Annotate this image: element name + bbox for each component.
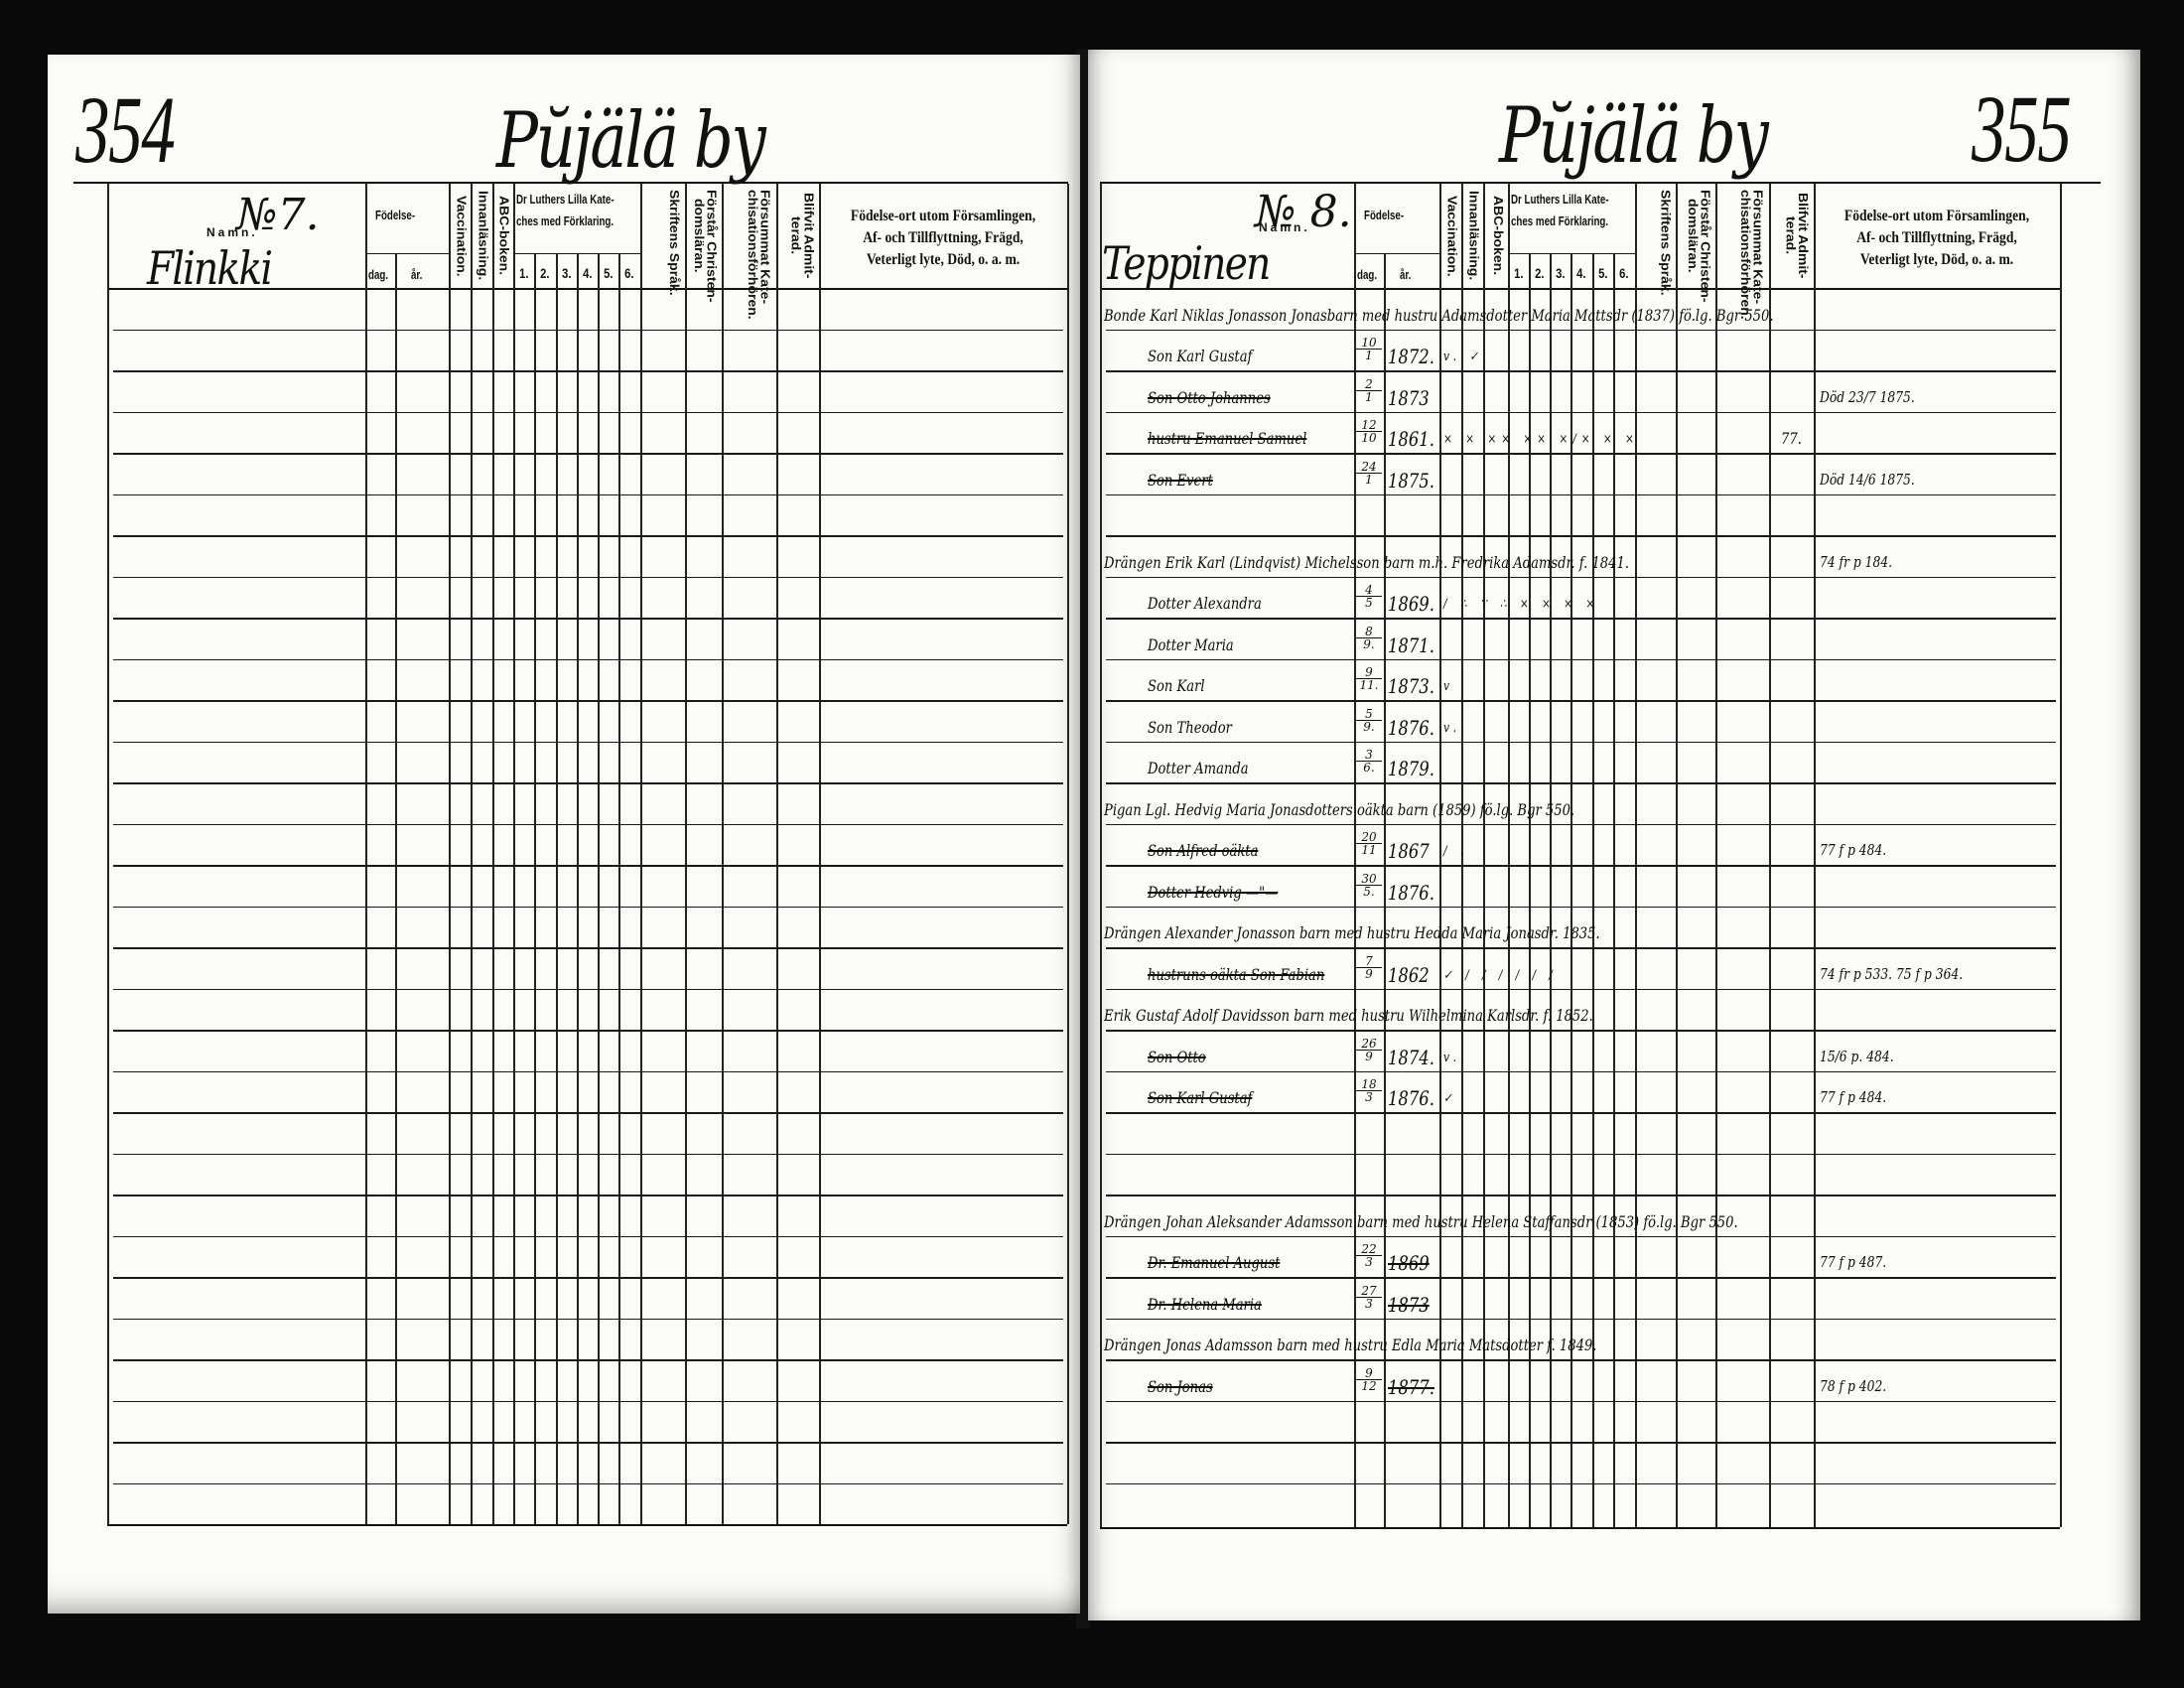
header-vaccination: Vaccination. xyxy=(1442,190,1458,282)
row-rule xyxy=(113,1442,1063,1444)
birth-year: 1869. xyxy=(1388,594,1434,614)
birth-year: 1873. xyxy=(1388,676,1434,696)
birth-month: 11. xyxy=(1356,679,1382,691)
household-head-entry: Drängen Alexander Jonasson barn med hust… xyxy=(1104,925,1600,941)
birth-year: 1862 xyxy=(1388,965,1430,985)
row-rule xyxy=(113,577,1063,579)
row-rule xyxy=(1106,535,2056,537)
header-top-rule xyxy=(1100,182,2101,184)
reading-marks: v. xyxy=(1443,722,1461,735)
header-fodelseort-line: Födelse-ort utom Församlingen, xyxy=(1836,206,2038,227)
row-rule xyxy=(113,1071,1063,1073)
reading-marks: × × ×× ×× ×/× × × xyxy=(1443,433,1639,446)
header-catechism-part-3: 3. xyxy=(1556,265,1565,281)
header-catechism-part-2: 2. xyxy=(1535,265,1544,281)
column-divider xyxy=(577,253,579,1524)
row-rule xyxy=(1106,947,2056,949)
header-top-rule xyxy=(73,182,1068,184)
header-catechism-part-4: 4. xyxy=(583,265,592,281)
row-rule xyxy=(113,824,1063,826)
column-divider xyxy=(1483,184,1485,1527)
row-rule xyxy=(1106,700,2056,702)
birth-day-month: 36. xyxy=(1356,749,1382,774)
reading-marks: v xyxy=(1443,680,1454,693)
row-rule xyxy=(113,989,1063,991)
header-forstar-christendomslaran: Förstår Christen- domsläran. xyxy=(1680,190,1711,282)
header-ar: år. xyxy=(411,267,422,282)
column-divider xyxy=(107,184,109,1524)
row-rule xyxy=(113,1236,1063,1238)
birth-year: 1869 xyxy=(1388,1253,1430,1273)
row-rule xyxy=(113,700,1063,702)
family-name: Flinkki xyxy=(147,245,271,291)
birth-month: 6. xyxy=(1356,762,1382,774)
birth-year: 1861. xyxy=(1388,429,1434,449)
birth-day: 9 xyxy=(1356,1367,1382,1380)
member-name: Son Karl Gustaf xyxy=(1148,1090,1252,1106)
right-page: Pŭjälä by 355 № 8. Namn. Teppinen Födels… xyxy=(1088,50,2140,1620)
left-page: 354 Pŭjälä by №7. Namn. Flinkki Födelse-… xyxy=(48,55,1080,1614)
remark: Död 23/7 1875. xyxy=(1820,390,1915,405)
member-name: Dotter Alexandra xyxy=(1148,596,1262,612)
column-divider xyxy=(1067,184,1069,1524)
header-luther-line1: Dr Luthers Lilla Kate- xyxy=(1511,192,1609,207)
birth-day-month: 101 xyxy=(1356,337,1382,361)
column-divider xyxy=(618,253,620,1524)
birth-month: 1 xyxy=(1356,350,1382,361)
header-catechism-part-5: 5. xyxy=(604,265,613,281)
header-forsummat-katechisation: Försummat Kate- chisationsförhören. xyxy=(727,190,772,282)
remark: 74 fr p 184. xyxy=(1820,555,1892,570)
member-name: Son Evert xyxy=(1148,473,1213,489)
column-divider xyxy=(513,184,515,1524)
reading-marks: v. ✓ xyxy=(1443,351,1483,363)
row-rule xyxy=(113,1319,1063,1321)
birth-month: 5 xyxy=(1356,597,1382,609)
column-divider xyxy=(556,253,558,1524)
header-catechism-part-6: 6. xyxy=(1619,265,1628,281)
header-abc-boken: ABC-boken. xyxy=(1486,190,1505,282)
row-rule xyxy=(113,1195,1063,1196)
birth-month: 9. xyxy=(1356,638,1382,650)
header-catechism-part-6: 6. xyxy=(624,265,633,281)
remark: 78 f p 402. xyxy=(1820,1379,1886,1394)
birth-month: 3 xyxy=(1356,1298,1382,1310)
birth-month: 11 xyxy=(1356,844,1382,856)
header-blifvit-admitterad: Blifvit Admit- terad. xyxy=(1773,190,1810,282)
header-abc-boken: ABC-boken. xyxy=(495,190,510,282)
birth-day: 26 xyxy=(1356,1038,1382,1051)
column-divider xyxy=(2060,184,2062,1527)
household-head-entry: Drängen Johan Aleksander Adamsson barn m… xyxy=(1104,1214,1738,1230)
member-name: Son Otto xyxy=(1148,1050,1206,1065)
table-bottom-rule xyxy=(1100,1527,2060,1529)
birth-day: 2 xyxy=(1356,378,1382,391)
member-name: Son Karl xyxy=(1148,678,1205,694)
birth-day-month: 223 xyxy=(1356,1243,1382,1268)
column-divider xyxy=(534,253,536,1524)
row-rule xyxy=(1106,1319,2056,1321)
header-ar: år. xyxy=(1400,267,1411,282)
birth-day-month: 89. xyxy=(1356,626,1382,650)
row-rule xyxy=(113,1483,1063,1485)
column-divider xyxy=(1814,184,1816,1527)
row-rule xyxy=(113,1030,1063,1032)
birth-year: 1876. xyxy=(1388,718,1434,738)
row-rule xyxy=(113,782,1063,784)
birth-year: 1873 xyxy=(1388,388,1430,408)
birth-day-month: 911. xyxy=(1356,666,1382,691)
column-divider xyxy=(1676,184,1678,1527)
birth-year: 1876. xyxy=(1388,1088,1434,1108)
column-divider xyxy=(1100,184,1102,1527)
reading-marks: ✓ xyxy=(1443,1092,1457,1105)
row-rule xyxy=(113,453,1063,455)
birth-day-month: 241 xyxy=(1356,461,1382,486)
remark: 77 f p 484. xyxy=(1820,1090,1886,1105)
row-rule xyxy=(1106,659,2056,661)
page-number: 354 xyxy=(75,82,174,178)
birth-day-month: 79 xyxy=(1356,955,1382,980)
row-rule xyxy=(113,330,1063,332)
column-divider xyxy=(1439,184,1441,1527)
birth-month: 12 xyxy=(1356,1380,1382,1392)
subheader-rule xyxy=(365,253,449,254)
row-rule xyxy=(1106,1277,2056,1279)
column-divider xyxy=(640,184,642,1524)
row-rule xyxy=(113,370,1063,372)
birth-day-month: 305. xyxy=(1356,873,1382,898)
column-divider xyxy=(365,184,367,1524)
birth-year: 1877. xyxy=(1388,1377,1434,1397)
row-rule xyxy=(113,659,1063,661)
member-name: Son Otto Johannes xyxy=(1148,390,1271,406)
birth-day-month: 2011 xyxy=(1356,831,1382,856)
birth-day: 24 xyxy=(1356,461,1382,474)
row-rule xyxy=(1106,1154,2056,1156)
column-divider xyxy=(598,253,600,1524)
birth-day: 27 xyxy=(1356,1285,1382,1298)
header-bottom-rule xyxy=(1100,288,2060,290)
column-divider xyxy=(395,253,397,1524)
row-rule xyxy=(1106,453,2056,455)
row-rule xyxy=(113,1401,1063,1403)
header-fodelseort-line: Veterligt lyte, Död, o. a. m. xyxy=(1836,249,2038,271)
birth-day-month: 912 xyxy=(1356,1367,1382,1392)
member-name: Dr. Helena Maria xyxy=(1148,1297,1262,1313)
row-rule xyxy=(113,865,1063,867)
namn-label: Namn. xyxy=(206,225,258,239)
birth-day-month: 1210 xyxy=(1356,419,1382,444)
column-divider xyxy=(722,184,724,1524)
row-rule xyxy=(1106,907,2056,909)
column-divider xyxy=(1508,184,1510,1527)
birth-day: 5 xyxy=(1356,708,1382,721)
reading-marks: / . xyxy=(1443,845,1468,858)
header-catechism-part-5: 5. xyxy=(1598,265,1607,281)
row-rule xyxy=(1106,577,2056,579)
member-name: Dotter Maria xyxy=(1148,637,1234,653)
header-catechism-part-3: 3. xyxy=(562,265,571,281)
reading-marks: / ∴ ∵ ∴ × × × × xyxy=(1443,598,1599,611)
namn-label: Namn. xyxy=(1259,220,1310,234)
row-rule xyxy=(113,618,1063,620)
header-catechism-part-4: 4. xyxy=(1576,265,1585,281)
header-fodelseort-line: Födelse-ort utom Församlingen, xyxy=(841,206,1045,227)
column-divider xyxy=(449,184,451,1524)
row-rule xyxy=(113,1112,1063,1114)
row-rule xyxy=(1106,1236,2056,1238)
birth-year: 1867 xyxy=(1388,841,1430,861)
birth-year: 1879. xyxy=(1388,759,1434,778)
birth-month: 9 xyxy=(1356,968,1382,980)
row-rule xyxy=(1106,742,2056,744)
birth-day-month: 59. xyxy=(1356,708,1382,733)
household-head-entry: Erik Gustaf Adolf Davidsson barn med hus… xyxy=(1104,1008,1593,1024)
header-catechism-part-1: 1. xyxy=(519,265,528,281)
member-name: Son Karl Gustaf xyxy=(1148,349,1252,364)
row-rule xyxy=(1106,1401,2056,1403)
village-title: Pŭjälä by xyxy=(496,102,763,180)
header-vaccination: Vaccination. xyxy=(452,190,468,282)
subheader-rule xyxy=(513,253,640,254)
birth-year: 1874. xyxy=(1388,1048,1434,1067)
header-luther-line2: ches med Förklaring. xyxy=(1511,213,1608,228)
remark: 77 f p 484. xyxy=(1820,843,1886,858)
birth-day: 7 xyxy=(1356,955,1382,968)
row-rule xyxy=(113,907,1063,909)
birth-year: 1871. xyxy=(1388,635,1434,655)
row-rule xyxy=(1106,412,2056,414)
header-blifvit-admitterad: Blifvit Admit- terad. xyxy=(780,190,815,282)
header-fodelseort: Födelse-ort utom Församlingen,Af- och Ti… xyxy=(1836,206,2038,271)
birth-year: 1875. xyxy=(1388,471,1434,491)
row-rule xyxy=(113,412,1063,414)
remark: 15/6 p. 484. xyxy=(1820,1050,1894,1064)
member-name: hustru Emanuel Samuel xyxy=(1148,431,1306,447)
column-divider xyxy=(1715,184,1717,1527)
row-rule xyxy=(113,1154,1063,1156)
header-fodelse: Födelse- xyxy=(1364,208,1404,222)
birth-day-month: 45 xyxy=(1356,584,1382,609)
row-rule xyxy=(113,742,1063,744)
subheader-rule xyxy=(1354,253,1439,254)
birth-month: 9. xyxy=(1356,721,1382,733)
header-fodelseort: Födelse-ort utom Församlingen,Af- och Ti… xyxy=(841,206,1045,271)
column-divider xyxy=(492,184,494,1524)
row-rule xyxy=(1106,1442,2056,1444)
birth-month: 5. xyxy=(1356,886,1382,898)
row-rule xyxy=(1106,1359,2056,1361)
page-number: 355 xyxy=(1972,81,2070,177)
birth-month: 1 xyxy=(1356,391,1382,403)
row-rule xyxy=(1106,618,2056,620)
member-name: Son Alfred oäkta xyxy=(1148,843,1258,859)
member-name: Dr. Emanuel August xyxy=(1148,1255,1280,1271)
household-head-entry: Pigan Lgl. Hedvig Maria Jonasdotters oäk… xyxy=(1104,802,1574,818)
birth-month: 10 xyxy=(1356,432,1382,444)
member-name: Son Jonas xyxy=(1148,1379,1213,1395)
column-divider xyxy=(1769,184,1771,1527)
birth-month: 3 xyxy=(1356,1256,1382,1268)
column-divider xyxy=(685,184,687,1524)
table-bottom-rule xyxy=(107,1524,1067,1526)
row-rule xyxy=(1106,1483,2056,1485)
remark: 77 f p 487. xyxy=(1820,1255,1886,1270)
column-divider xyxy=(471,184,473,1524)
header-catechism-part-1: 1. xyxy=(1514,265,1523,281)
row-rule xyxy=(1106,330,2056,332)
remark: Död 14/6 1875. xyxy=(1820,473,1915,488)
header-innanlasning: Innanläsning. xyxy=(1464,190,1480,282)
column-divider xyxy=(819,184,821,1524)
member-name: Dotter Hedvig —"— xyxy=(1148,885,1278,901)
header-skriftens-sprak: Skriftens Språk. xyxy=(1639,190,1672,282)
birth-year: 1873 xyxy=(1388,1295,1430,1315)
row-rule xyxy=(113,947,1063,949)
household-head-entry: Drängen Erik Karl (Lindqvist) Michelsson… xyxy=(1104,555,1629,571)
header-forstar-christendomslaran: Förstår Christen- domsläran. xyxy=(689,190,719,282)
header-fodelse: Födelse- xyxy=(375,208,415,222)
header-catechism-part-2: 2. xyxy=(540,265,549,281)
family-name: Teppinen xyxy=(1102,240,1270,286)
row-rule xyxy=(113,535,1063,537)
row-rule xyxy=(1106,1112,2056,1114)
birth-day-month: 269 xyxy=(1356,1038,1382,1062)
member-name: Dotter Amanda xyxy=(1148,761,1249,776)
header-dag: dag. xyxy=(1357,267,1377,282)
header-innanlasning: Innanläsning. xyxy=(474,190,489,282)
row-rule xyxy=(113,494,1063,496)
row-rule xyxy=(1106,1195,2056,1196)
reading-marks: v. xyxy=(1443,1052,1461,1064)
row-rule xyxy=(1106,824,2056,826)
column-divider xyxy=(1635,184,1637,1527)
row-rule xyxy=(1106,989,2056,991)
header-fodelseort-line: Veterligt lyte, Död, o. a. m. xyxy=(841,249,1045,271)
row-rule xyxy=(113,1277,1063,1279)
household-head-entry: Drängen Jonas Adamsson barn med hustru E… xyxy=(1104,1337,1596,1353)
birth-day: 30 xyxy=(1356,873,1382,886)
header-bottom-rule xyxy=(107,288,1067,290)
birth-month: 9 xyxy=(1356,1051,1382,1062)
header-fodelseort-line: Af- och Tillflyttning, Frägd, xyxy=(1836,227,2038,249)
header-luther-line1: Dr Luthers Lilla Kate- xyxy=(516,192,614,207)
birth-month: 3 xyxy=(1356,1091,1382,1103)
member-name: hustruns oäkta Son Fabian xyxy=(1148,967,1324,983)
row-rule xyxy=(1106,370,2056,372)
household-head-entry: Bonde Karl Niklas Jonasson Jonasbarn med… xyxy=(1104,308,1774,324)
member-name: Son Theodor xyxy=(1148,720,1232,736)
birth-day-month: 273 xyxy=(1356,1285,1382,1310)
birth-day-month: 21 xyxy=(1356,378,1382,403)
row-rule xyxy=(1106,865,2056,867)
birth-year: 1876. xyxy=(1388,883,1434,903)
row-rule xyxy=(1106,782,2056,784)
row-rule xyxy=(1106,1030,2056,1032)
column-divider xyxy=(776,184,778,1524)
header-luther-line2: ches med Förklaring. xyxy=(516,213,614,228)
header-fodelseort-line: Af- och Tillflyttning, Frägd, xyxy=(841,227,1045,249)
remark: 74 fr p 533. 75 f p 364. xyxy=(1820,967,1963,982)
header-skriftens-sprak: Skriftens Språk. xyxy=(644,190,681,282)
row-rule xyxy=(1106,1071,2056,1073)
header-dag: dag. xyxy=(368,267,388,282)
birth-day-month: 183 xyxy=(1356,1078,1382,1103)
birth-day: 8 xyxy=(1356,626,1382,638)
birth-month: 1 xyxy=(1356,474,1382,486)
subheader-rule xyxy=(1508,253,1635,254)
birth-year: 1872. xyxy=(1388,347,1434,366)
header-forsummat-katechisation: Försummat Kate- chisationsförhören. xyxy=(1720,190,1765,282)
village-title: Pŭjälä by xyxy=(1499,97,1766,175)
row-rule xyxy=(1106,494,2056,496)
reading-marks: ✓ / / / / / / xyxy=(1443,969,1558,982)
row-rule xyxy=(113,1359,1063,1361)
admitted-year: 77. xyxy=(1781,431,1802,447)
